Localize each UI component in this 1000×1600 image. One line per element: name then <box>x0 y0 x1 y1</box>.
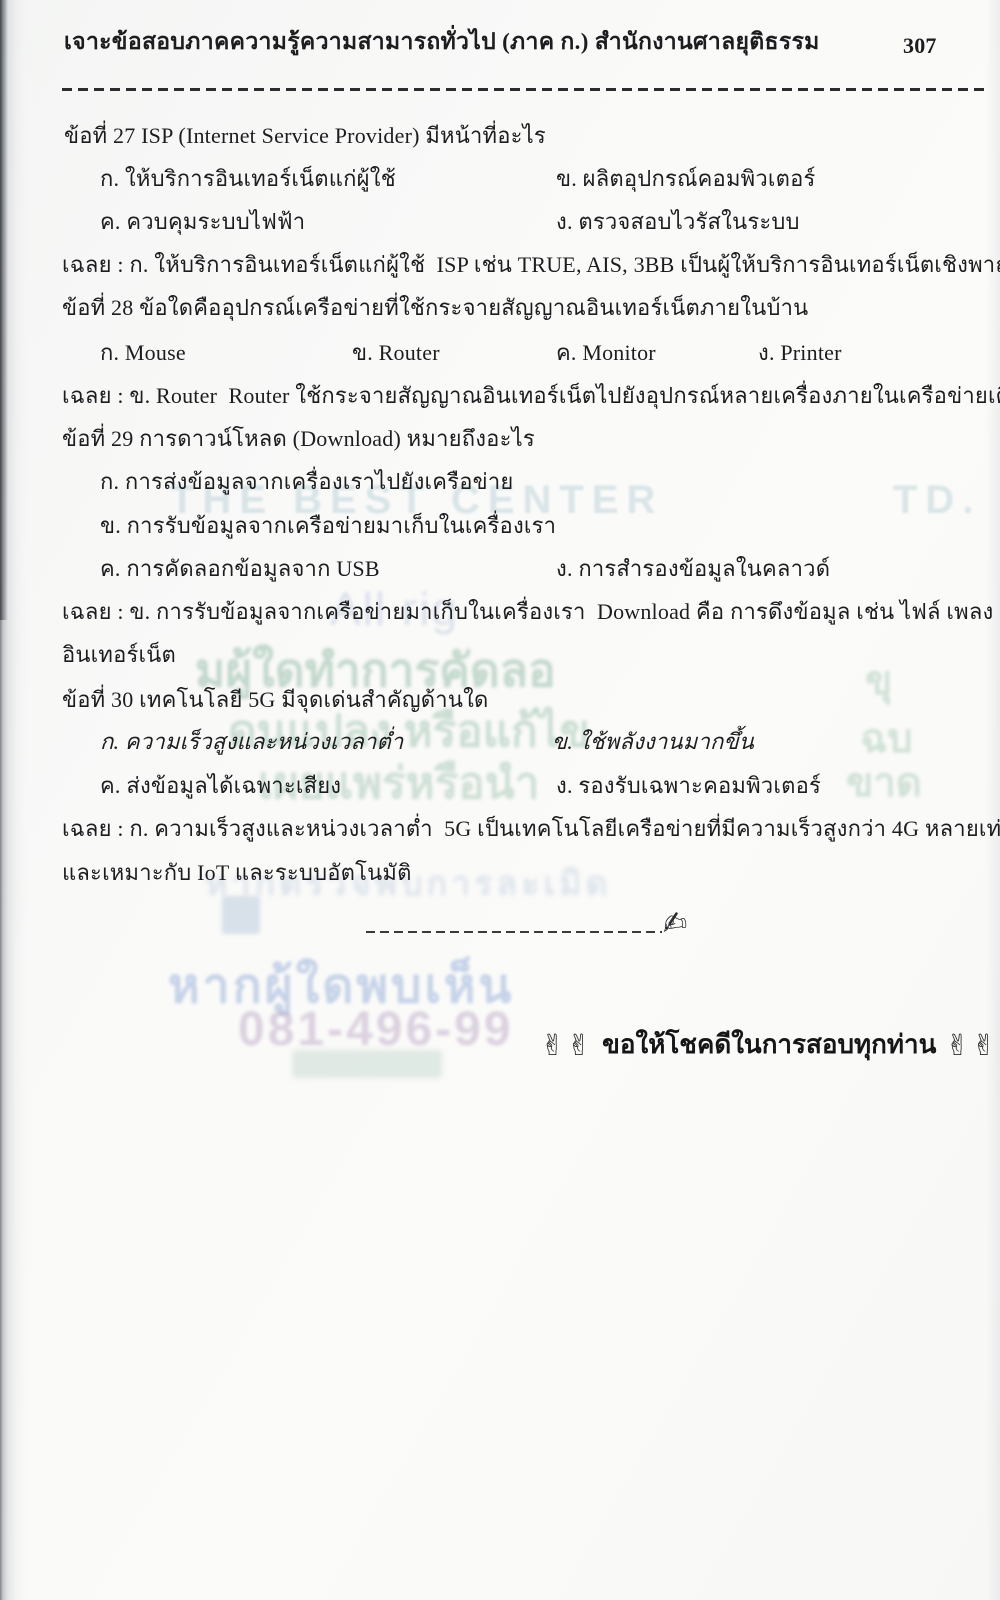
header-dashed-rule <box>62 88 988 91</box>
watermark-found-line: หากผู้ใดพบเห็น <box>168 948 514 1024</box>
answer-27: เฉลย : ก. ให้บริการอินเทอร์เน็ตแก่ผู้ใช้… <box>62 251 1000 279</box>
answer-28: เฉลย : ข. Router Router ใช้กระจายสัญญาณอ… <box>62 382 1000 410</box>
question-29-choice-c: ค. การคัดลอกข้อมูลจาก USB <box>100 555 380 583</box>
question-27-text: ข้อที่ 27 ISP (Internet Service Provider… <box>64 122 546 150</box>
watermark-fragment-2: ฉบ <box>860 706 913 770</box>
victory-hands-icon-left: ✌✌ <box>541 1028 594 1062</box>
question-30-choice-b: ข. ใช้พลังงานมากขึ้น <box>552 728 754 756</box>
watermark-fragment-1: ขุ <box>865 648 892 712</box>
question-30-text: ข้อที่ 30 เทคโนโลยี 5G มีจุดเด่นสำคัญด้า… <box>62 686 489 714</box>
watermark-fragment-3: ขาด <box>846 750 922 814</box>
page-title: เจาะข้อสอบภาคความรู้ความสามารถทั่วไป (ภา… <box>64 28 820 57</box>
question-27-choice-b: ข. ผลิตอุปกรณ์คอมพิวเตอร์ <box>556 165 816 193</box>
watermark-phone-number: 081-496-99 <box>238 1002 514 1057</box>
closing-dashed-rule <box>366 931 662 933</box>
question-28-text: ข้อที่ 28 ข้อใดคืออุปกรณ์เครือข่ายที่ใช้… <box>62 294 808 322</box>
question-29-choice-a: ก. การส่งข้อมูลจากเครื่องเราไปยังเครือข่… <box>100 468 514 496</box>
watermark-stamp-square <box>222 896 260 934</box>
answer-29-line2: อินเทอร์เน็ต <box>62 641 176 669</box>
question-29-choice-b: ข. การรับข้อมูลจากเครือข่ายมาเก็บในเครื่… <box>100 512 556 540</box>
question-30-choice-d: ง. รองรับเฉพาะคอมพิวเตอร์ <box>556 772 821 800</box>
question-30-choice-a: ก. ความเร็วสูงและหน่วงเวลาต่ำ <box>100 728 403 756</box>
question-28-choice-a: ก. Mouse <box>100 339 186 367</box>
answer-30-line1: เฉลย : ก. ความเร็วสูงและหน่วงเวลาต่ำ 5G … <box>62 815 1000 843</box>
watermark-center-suffix: TD. <box>893 478 981 523</box>
answer-30-line2: และเหมาะกับ IoT และระบบอัตโนมัติ <box>62 859 412 887</box>
scan-right-shadow <box>986 0 1000 1600</box>
question-28-choice-c: ค. Monitor <box>556 339 656 367</box>
good-luck-line: ✌✌ ขอให้โชคดีในการสอบทุกท่าน ✌✌ <box>541 1024 999 1065</box>
question-27-choice-a: ก. ให้บริการอินเทอร์เน็ตแก่ผู้ใช้ <box>100 165 396 193</box>
page-number: 307 <box>903 32 937 60</box>
question-29-text: ข้อที่ 29 การดาวน์โหลด (Download) หมายถึ… <box>62 425 535 453</box>
question-30-choice-c: ค. ส่งข้อมูลได้เฉพาะเสียง <box>100 772 341 800</box>
question-28-choice-b: ข. Router <box>352 339 440 367</box>
scanned-exam-page: THE BEST CENTER TD. All rig มผู้ใดทำการค… <box>0 0 1000 1600</box>
question-28-choice-d: ง. Printer <box>758 339 842 367</box>
writing-pen-icon: ✍ <box>660 904 690 942</box>
question-29-choice-d: ง. การสำรองข้อมูลในคลาวด์ <box>556 555 830 583</box>
scan-left-dark-strip <box>0 0 8 620</box>
question-27-choice-d: ง. ตรวจสอบไวรัสในระบบ <box>556 208 800 236</box>
good-luck-text: ขอให้โชคดีในการสอบทุกท่าน <box>602 1024 936 1065</box>
question-27-choice-c: ค. ควบคุมระบบไฟฟ้า <box>100 208 305 236</box>
watermark-smudge-bar <box>292 1050 442 1078</box>
answer-29-line1: เฉลย : ข. การรับข้อมูลจากเครือข่ายมาเก็บ… <box>62 598 1000 626</box>
victory-hands-icon-right: ✌✌ <box>945 1028 998 1062</box>
